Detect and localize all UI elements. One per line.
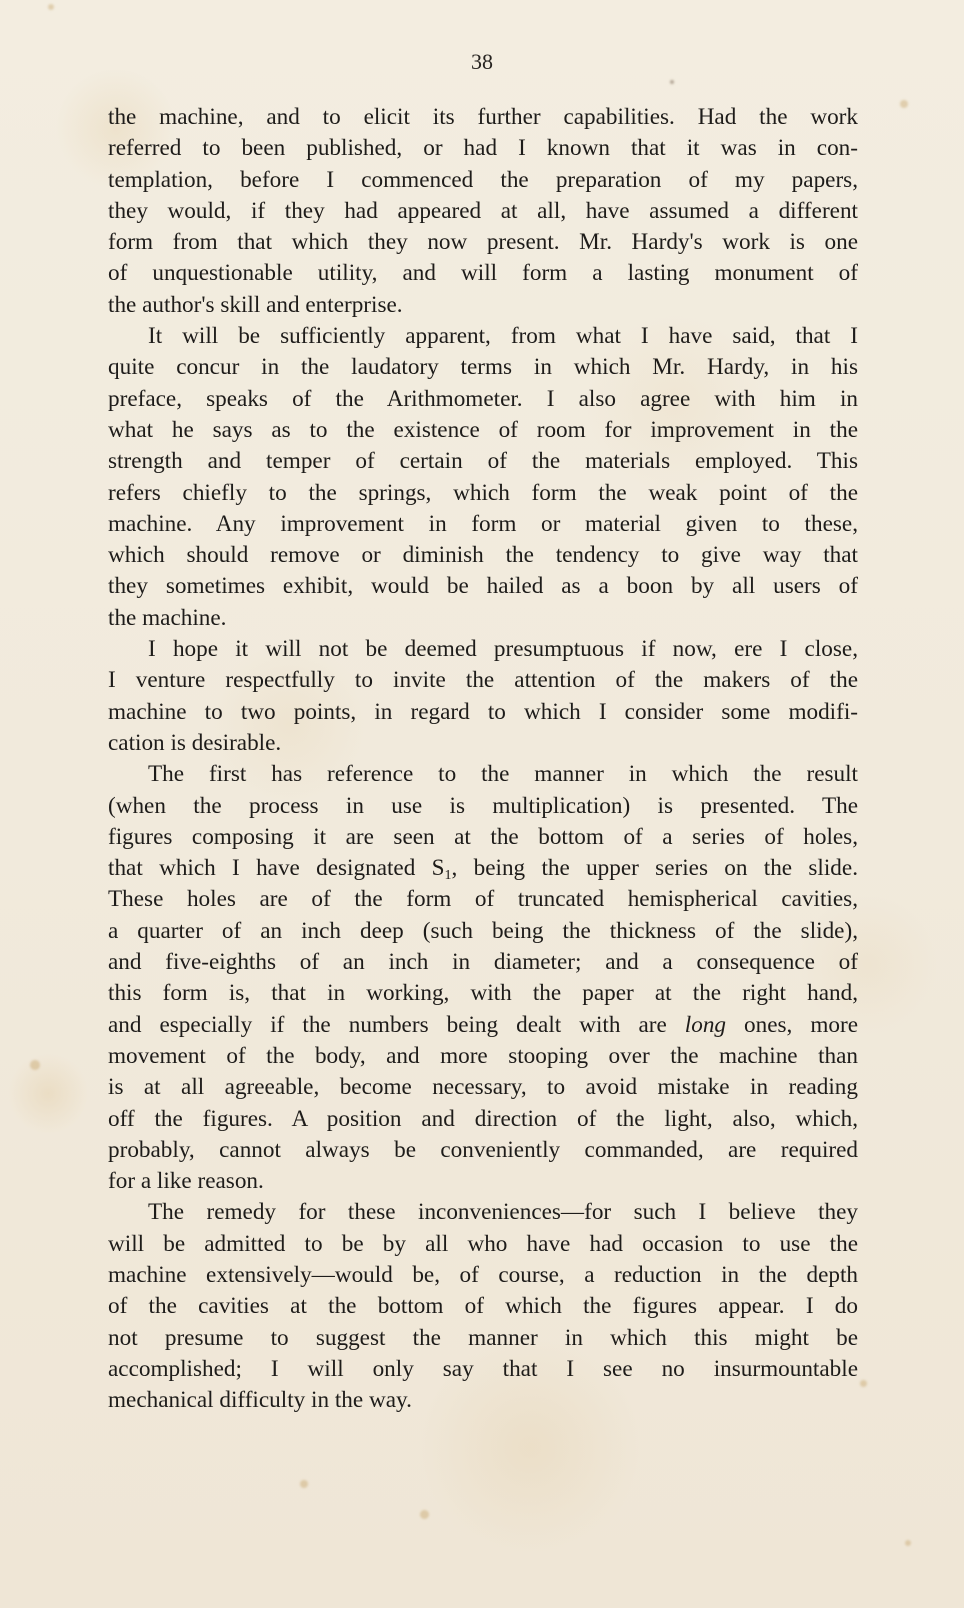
text-line: strength and temper of certain of the ma… xyxy=(108,446,858,477)
text-line: machine to two points, in regard to whic… xyxy=(108,697,858,728)
text-line: the author's skill and enterprise. xyxy=(108,290,858,321)
page-number: 38 xyxy=(0,48,964,76)
text-line: movement of the body, and more stooping … xyxy=(108,1041,858,1072)
text-line: probably, cannot always be conveniently … xyxy=(108,1135,858,1166)
text-line: and five-eighths of an inch in diameter;… xyxy=(108,947,858,978)
text-line: I hope it will not be deemed presumptuou… xyxy=(108,634,858,665)
age-spot xyxy=(670,80,674,84)
text-line: which should remove or diminish the tend… xyxy=(108,540,858,571)
age-spot xyxy=(300,1480,308,1488)
text-line: figures composing it are seen at the bot… xyxy=(108,822,858,853)
italic-word: long xyxy=(685,1012,726,1038)
text-line: of the cavities at the bottom of which t… xyxy=(108,1291,858,1322)
text-line: I venture respectfully to invite the att… xyxy=(108,665,858,696)
text-line: the machine. xyxy=(108,603,858,634)
age-spot xyxy=(30,1060,40,1070)
text-line: a quarter of an inch deep (such being th… xyxy=(108,916,858,947)
text-line: they sometimes exhibit, would be hailed … xyxy=(108,571,858,602)
text-line: of unquestionable utility, and will form… xyxy=(108,258,858,289)
age-spot xyxy=(48,4,54,10)
text-segment: and especially if the numbers being deal… xyxy=(108,1012,685,1038)
text-line: (when the process in use is multiplicati… xyxy=(108,791,858,822)
text-line: preface, speaks of the Arithmometer. I a… xyxy=(108,384,858,415)
text-line: quite concur in the laudatory terms in w… xyxy=(108,352,858,383)
text-line: The remedy for these inconveniences—for … xyxy=(108,1197,858,1228)
text-line: templation, before I commenced the prepa… xyxy=(108,165,858,196)
text-line: off the figures. A position and directio… xyxy=(108,1104,858,1135)
text-line: this form is, that in working, with the … xyxy=(108,978,858,1009)
paragraph-3: I hope it will not be deemed presumptuou… xyxy=(108,634,858,759)
paragraph-4: The first has reference to the manner in… xyxy=(108,759,858,1197)
text-line: accomplished; I will only say that I see… xyxy=(108,1354,858,1385)
text-line: for a like reason. xyxy=(108,1166,858,1197)
text-line: not presume to suggest the manner in whi… xyxy=(108,1323,858,1354)
text-line: The first has reference to the manner in… xyxy=(108,759,858,790)
age-spot xyxy=(860,1380,867,1387)
text-line: they would, if they had appeared at all,… xyxy=(108,196,858,227)
body-text: the machine, and to elicit its further c… xyxy=(108,102,858,1416)
text-line: what he says as to the existence of room… xyxy=(108,415,858,446)
text-line: referred to been published, or had I kno… xyxy=(108,133,858,164)
text-line: is at all agreeable, become necessary, t… xyxy=(108,1072,858,1103)
text-line: the machine, and to elicit its further c… xyxy=(108,102,858,133)
scanned-book-page: 38 the machine, and to elicit its furthe… xyxy=(0,0,964,1608)
text-line-with-subscript: that which I have designated S1, being t… xyxy=(108,853,858,884)
age-spot xyxy=(420,1510,429,1519)
text-line: These holes are of the form of truncated… xyxy=(108,884,858,915)
text-line: It will be sufficiently apparent, from w… xyxy=(108,321,858,352)
text-line-with-italic: and especially if the numbers being deal… xyxy=(108,1010,858,1041)
paragraph-2: It will be sufficiently apparent, from w… xyxy=(108,321,858,634)
age-spot xyxy=(900,100,908,108)
text-line: form from that which they now present. M… xyxy=(108,227,858,258)
text-line: cation is desirable. xyxy=(108,728,858,759)
text-line: machine extensively—would be, of course,… xyxy=(108,1260,858,1291)
text-segment: ones, more xyxy=(726,1012,858,1038)
age-spot xyxy=(905,1540,911,1546)
text-segment: that which I have designated S xyxy=(108,855,445,881)
text-line: will be admitted to be by all who have h… xyxy=(108,1229,858,1260)
text-line: machine. Any improvement in form or mate… xyxy=(108,509,858,540)
text-line: mechanical difficulty in the way. xyxy=(108,1385,858,1416)
paragraph-5: The remedy for these inconveniences—for … xyxy=(108,1197,858,1416)
text-line: refers chiefly to the springs, which for… xyxy=(108,478,858,509)
subscript: 1 xyxy=(445,868,452,883)
paragraph-1: the machine, and to elicit its further c… xyxy=(108,102,858,321)
text-segment: , being the upper series on the slide. xyxy=(452,855,858,881)
